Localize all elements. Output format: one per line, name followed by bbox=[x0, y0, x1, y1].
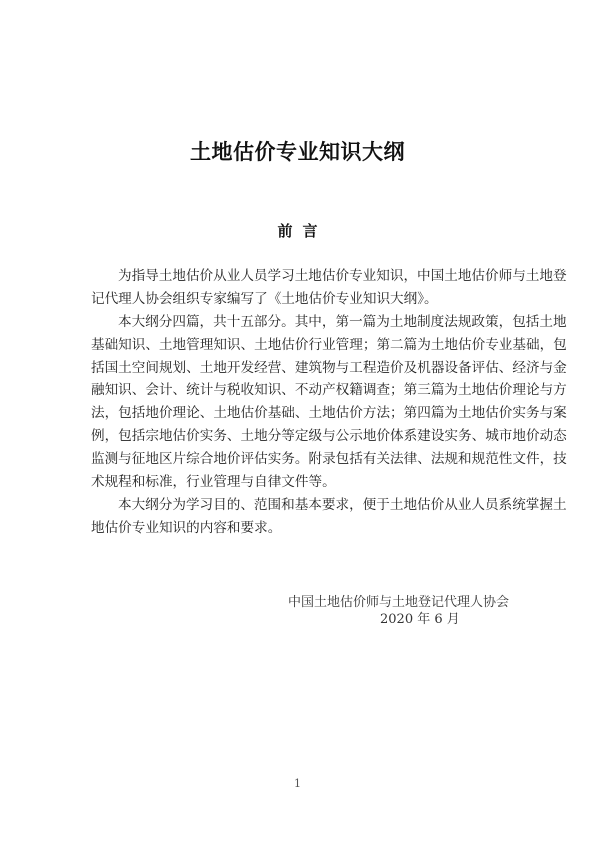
text-line: 记代理人协会组织专家编写了《土地估价专业知识大纲》。 bbox=[91, 288, 509, 311]
page-number: 1 bbox=[0, 777, 595, 790]
text-line: 基础知识、土地管理知识、土地估价行业管理；第二篇为土地估价专业基础，包 bbox=[91, 334, 509, 357]
text-line: 监测与征地区片综合地价评估实务。附录包括有关法律、法规和规范性文件，技 bbox=[91, 448, 509, 471]
text-line: 融知识、会计、统计与税收知识、不动产权籍调查；第三篇为土地估价理论与方 bbox=[91, 379, 509, 402]
section-heading: 前言 bbox=[0, 220, 595, 241]
text-line: 地估价专业知识的内容和要求。 bbox=[91, 517, 509, 540]
document-body: 为指导土地估价从业人员学习土地估价专业知识，中国土地估价师与土地登 记代理人协会… bbox=[91, 265, 509, 540]
text-line: 例，包括宗地估价实务、土地分等定级与公示地价体系建设实务、城市地价动态 bbox=[91, 425, 509, 448]
text-line: 为指导土地估价从业人员学习土地估价专业知识，中国土地估价师与土地登 bbox=[91, 265, 509, 288]
signature-block: 中国土地估价师与土地登记代理人协会 2020 年 6 月 bbox=[288, 594, 509, 628]
document-title: 土地估价专业知识大纲 bbox=[0, 136, 595, 166]
text-line: 术规程和标准，行业管理与自律文件等。 bbox=[91, 471, 509, 494]
text-line: 法，包括地价理论、土地估价基础、土地估价方法；第四篇为土地估价实务与案 bbox=[91, 402, 509, 425]
paragraph: 本大纲分为学习目的、范围和基本要求，便于土地估价从业人员系统掌握土 地估价专业知… bbox=[91, 494, 509, 540]
text-line: 括国土空间规划、土地开发经营、建筑物与工程造价及机器设备评估、经济与金 bbox=[91, 357, 509, 380]
signature-date: 2020 年 6 月 bbox=[288, 611, 509, 628]
text-line: 本大纲分四篇，共十五部分。其中，第一篇为土地制度法规政策，包括土地 bbox=[91, 311, 509, 334]
signature-organization: 中国土地估价师与土地登记代理人协会 bbox=[288, 594, 509, 611]
paragraph: 本大纲分四篇，共十五部分。其中，第一篇为土地制度法规政策，包括土地 基础知识、土… bbox=[91, 311, 509, 494]
paragraph: 为指导土地估价从业人员学习土地估价专业知识，中国土地估价师与土地登 记代理人协会… bbox=[91, 265, 509, 311]
text-line: 本大纲分为学习目的、范围和基本要求，便于土地估价从业人员系统掌握土 bbox=[91, 494, 509, 517]
